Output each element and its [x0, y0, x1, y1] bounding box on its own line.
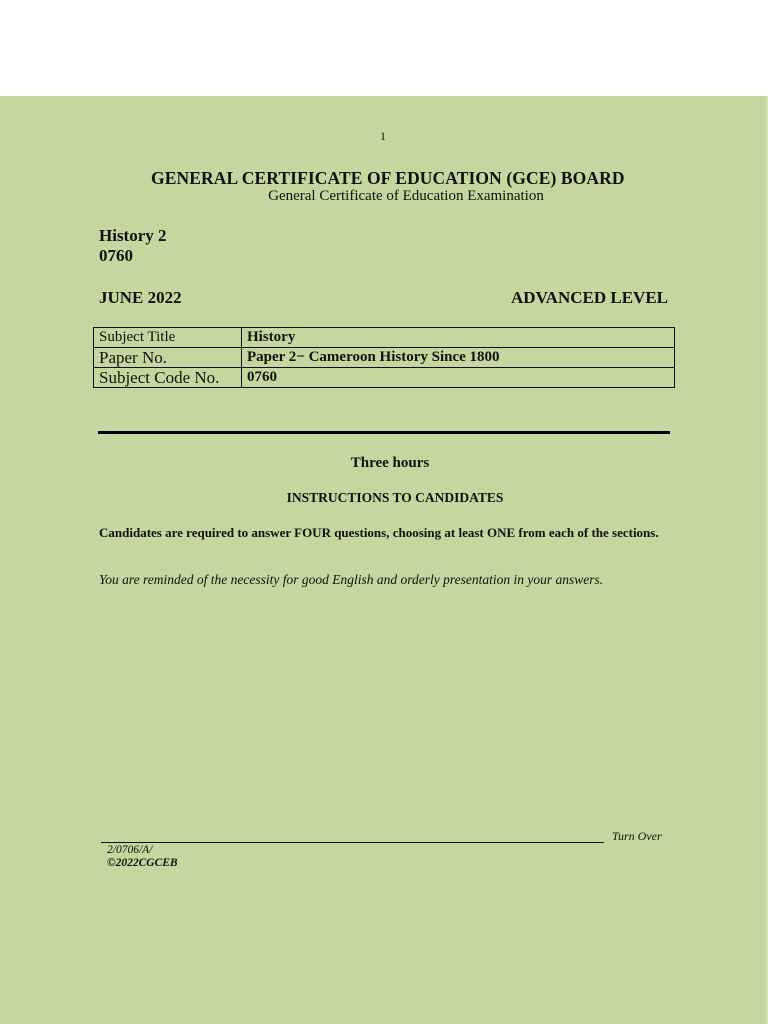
- duration: Three hours: [0, 455, 768, 472]
- row-label: Subject Code No.: [94, 368, 242, 388]
- instruction-reminder: You are reminded of the necessity for go…: [99, 572, 603, 588]
- paper-info-table: Subject Title History Paper No. Paper 2−…: [93, 327, 675, 388]
- instructions-heading: INSTRUCTIONS TO CANDIDATES: [0, 490, 768, 506]
- exam-level: ADVANCED LEVEL: [511, 288, 668, 308]
- row-value: Paper 2− Cameroon History Since 1800: [242, 348, 675, 368]
- exam-subtitle: General Certificate of Education Examina…: [0, 188, 768, 205]
- row-label: Paper No.: [94, 348, 242, 368]
- instruction-text: Candidates are required to answer FOUR q…: [99, 525, 679, 541]
- paper-reference: 2/0706/A/: [107, 844, 152, 856]
- exam-session: JUNE 2022: [99, 288, 182, 308]
- table-row: Paper No. Paper 2− Cameroon History Sinc…: [94, 348, 675, 368]
- row-value: History: [242, 328, 675, 348]
- paper-subject: History 2: [99, 226, 167, 246]
- divider: [98, 431, 670, 434]
- footer-rule: [101, 842, 604, 843]
- row-label: Subject Title: [94, 328, 242, 348]
- paper-code: 0760: [99, 246, 133, 266]
- turn-over: Turn Over: [612, 829, 662, 844]
- row-value: 0760: [242, 368, 675, 388]
- table-row: Subject Title History: [94, 328, 675, 348]
- board-title: GENERAL CERTIFICATE OF EDUCATION (GCE) B…: [151, 168, 625, 189]
- page-number: 1: [0, 129, 766, 144]
- copyright: ©2022CGCEB: [107, 857, 178, 869]
- table-row: Subject Code No. 0760: [94, 368, 675, 388]
